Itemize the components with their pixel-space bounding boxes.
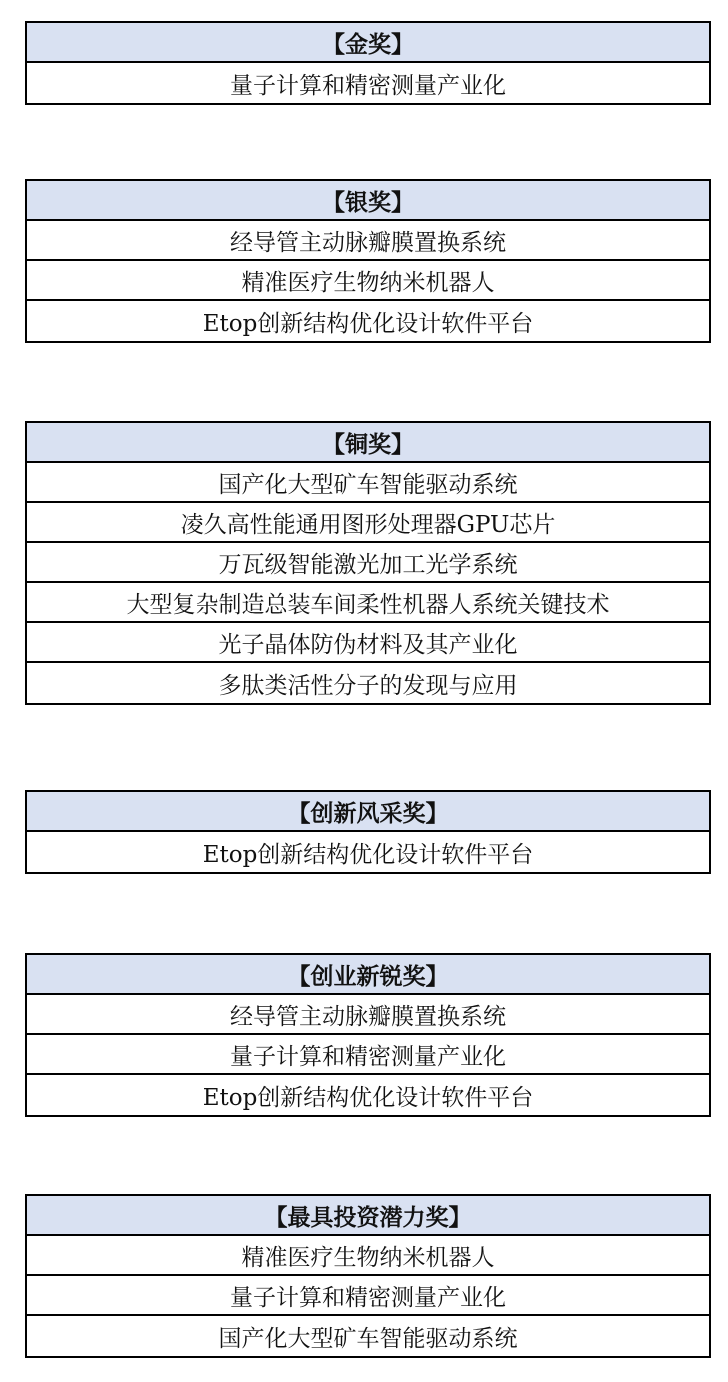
award-item: 光子晶体防伪材料及其产业化 bbox=[27, 623, 709, 663]
award-item: 量子计算和精密测量产业化 bbox=[27, 1035, 709, 1075]
award-table-startup-newcomer: 【创业新锐奖】 经导管主动脉瓣膜置换系统 量子计算和精密测量产业化 Etop创新… bbox=[25, 953, 711, 1117]
award-item: Etop创新结构优化设计软件平台 bbox=[27, 301, 709, 341]
award-title: 【创新风采奖】 bbox=[27, 792, 709, 832]
award-table-innovation-style: 【创新风采奖】 Etop创新结构优化设计软件平台 bbox=[25, 790, 711, 874]
award-item: 量子计算和精密测量产业化 bbox=[27, 63, 709, 103]
award-item: 经导管主动脉瓣膜置换系统 bbox=[27, 995, 709, 1035]
award-item: 大型复杂制造总装车间柔性机器人系统关键技术 bbox=[27, 583, 709, 623]
award-item: 精准医疗生物纳米机器人 bbox=[27, 1236, 709, 1276]
award-table-silver: 【银奖】 经导管主动脉瓣膜置换系统 精准医疗生物纳米机器人 Etop创新结构优化… bbox=[25, 179, 711, 343]
award-item: 精准医疗生物纳米机器人 bbox=[27, 261, 709, 301]
award-item: 凌久高性能通用图形处理器GPU芯片 bbox=[27, 503, 709, 543]
award-table-investment-potential: 【最具投资潜力奖】 精准医疗生物纳米机器人 量子计算和精密测量产业化 国产化大型… bbox=[25, 1194, 711, 1358]
award-item: 国产化大型矿车智能驱动系统 bbox=[27, 1316, 709, 1356]
award-table-bronze: 【铜奖】 国产化大型矿车智能驱动系统 凌久高性能通用图形处理器GPU芯片 万瓦级… bbox=[25, 421, 711, 705]
award-item: 万瓦级智能激光加工光学系统 bbox=[27, 543, 709, 583]
award-title: 【创业新锐奖】 bbox=[27, 955, 709, 995]
award-item: 经导管主动脉瓣膜置换系统 bbox=[27, 221, 709, 261]
award-item: 量子计算和精密测量产业化 bbox=[27, 1276, 709, 1316]
award-item: Etop创新结构优化设计软件平台 bbox=[27, 832, 709, 872]
award-item: 多肽类活性分子的发现与应用 bbox=[27, 663, 709, 703]
award-title: 【铜奖】 bbox=[27, 423, 709, 463]
award-item: 国产化大型矿车智能驱动系统 bbox=[27, 463, 709, 503]
award-title: 【银奖】 bbox=[27, 181, 709, 221]
award-item: Etop创新结构优化设计软件平台 bbox=[27, 1075, 709, 1115]
award-title: 【最具投资潜力奖】 bbox=[27, 1196, 709, 1236]
award-table-gold: 【金奖】 量子计算和精密测量产业化 bbox=[25, 21, 711, 105]
award-title: 【金奖】 bbox=[27, 23, 709, 63]
